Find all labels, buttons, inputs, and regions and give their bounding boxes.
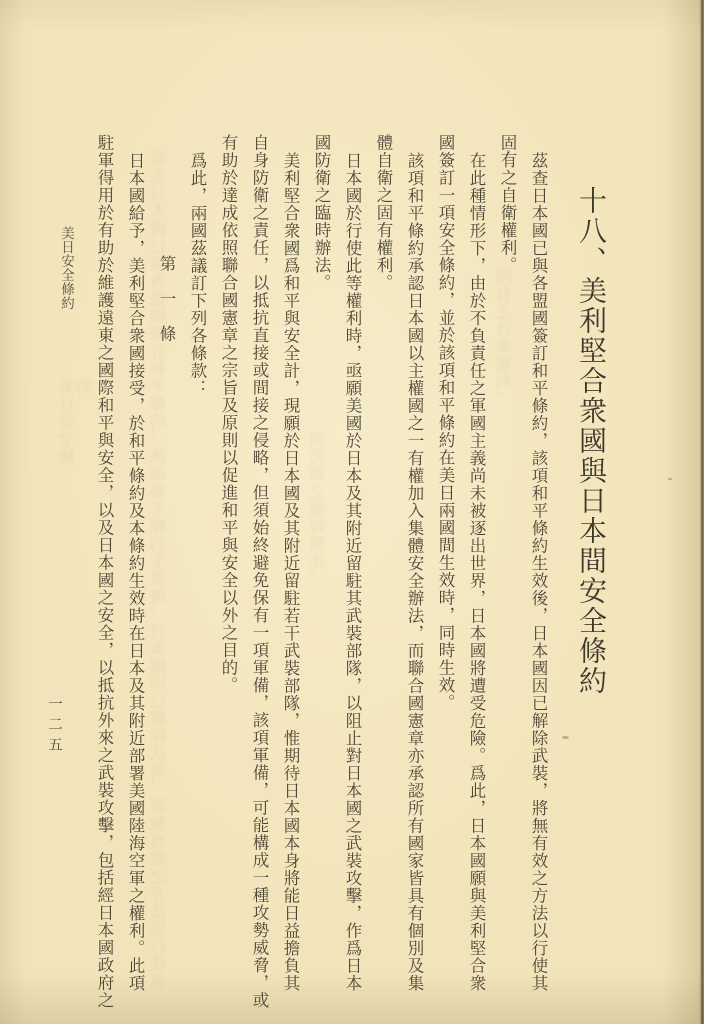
- scan-speck: [507, 150, 510, 153]
- scan-speck: [562, 736, 569, 739]
- scan-edge-line: [701, 0, 703, 1024]
- text-column: 有助於達成依照聯合國憲章之宗旨及原則以促進和平與安全以外之目的。: [220, 134, 237, 1014]
- text-column: 該項和平條約承認日本國以主權國之一有權加入集體安全辦法，而聯合國憲章亦承認所有國…: [406, 134, 423, 1014]
- page-number: 一二五: [46, 696, 62, 758]
- text-column: 固有之自衛權利。: [499, 134, 516, 1014]
- text-column: 國防衛之臨時辦法。: [313, 134, 330, 1014]
- scanned-document-page: 固有之自衛權利。 茲查日本國已與各盟國簽訂和平條約，該項和平條約生效後，日本國因…: [0, 0, 704, 1024]
- document-title: 十八、美利堅合衆國與日本間安全條約: [575, 134, 605, 1014]
- article-one-heading: 第 一 條: [158, 134, 175, 1014]
- text-column: 美利堅合衆國爲和平與安全計，現願於日本國及其附近留駐若干武裝部隊，惟期待日本國本…: [282, 134, 299, 1014]
- text-column: 日本國於行使此等權利時，亟願美國於日本及其附近留駐其武裝部隊，以阻止對日本國之武…: [344, 134, 361, 1014]
- text-column: 體自衛之固有權利。: [375, 134, 392, 1014]
- text-column: 駐軍得用於有助於維護遠東之國際和平與安全，以及日本國之安全，以抵抗外來之武裝攻擊…: [96, 134, 113, 1014]
- text-column: 國簽訂一項安全條約，並於該項和平條約在美日兩國間生效時，同時生效。: [437, 134, 454, 1014]
- margin-running-title: 美日安全條約: [59, 226, 74, 310]
- text-column: 爲此，兩國茲議訂下列各條款：: [189, 134, 206, 1014]
- text-column: 自身防衛之責任，以抵抗直接或間接之侵略，但須始終避免保有一項軍備，該項軍備，可能…: [251, 134, 268, 1014]
- scan-speck: [668, 478, 672, 480]
- text-column: 日本國給予，美利堅合衆國接受，於和平條約及本條約生效時在日本及其附近部署美國陸海…: [127, 134, 144, 1014]
- text-column: 茲查日本國已與各盟國簽訂和平條約，該項和平條約生效後，日本國因已解除武裝，將無有…: [530, 134, 547, 1014]
- text-column: 在此種情形下，由於不負責任之軍國主義尚未被逐出世界，日本國將遭受危險。爲此，日本…: [468, 134, 485, 1014]
- treaty-text-block: 十八、美利堅合衆國與日本間安全條約 茲查日本國已與各盟國簽訂和平條約，該項和平條…: [82, 134, 605, 1014]
